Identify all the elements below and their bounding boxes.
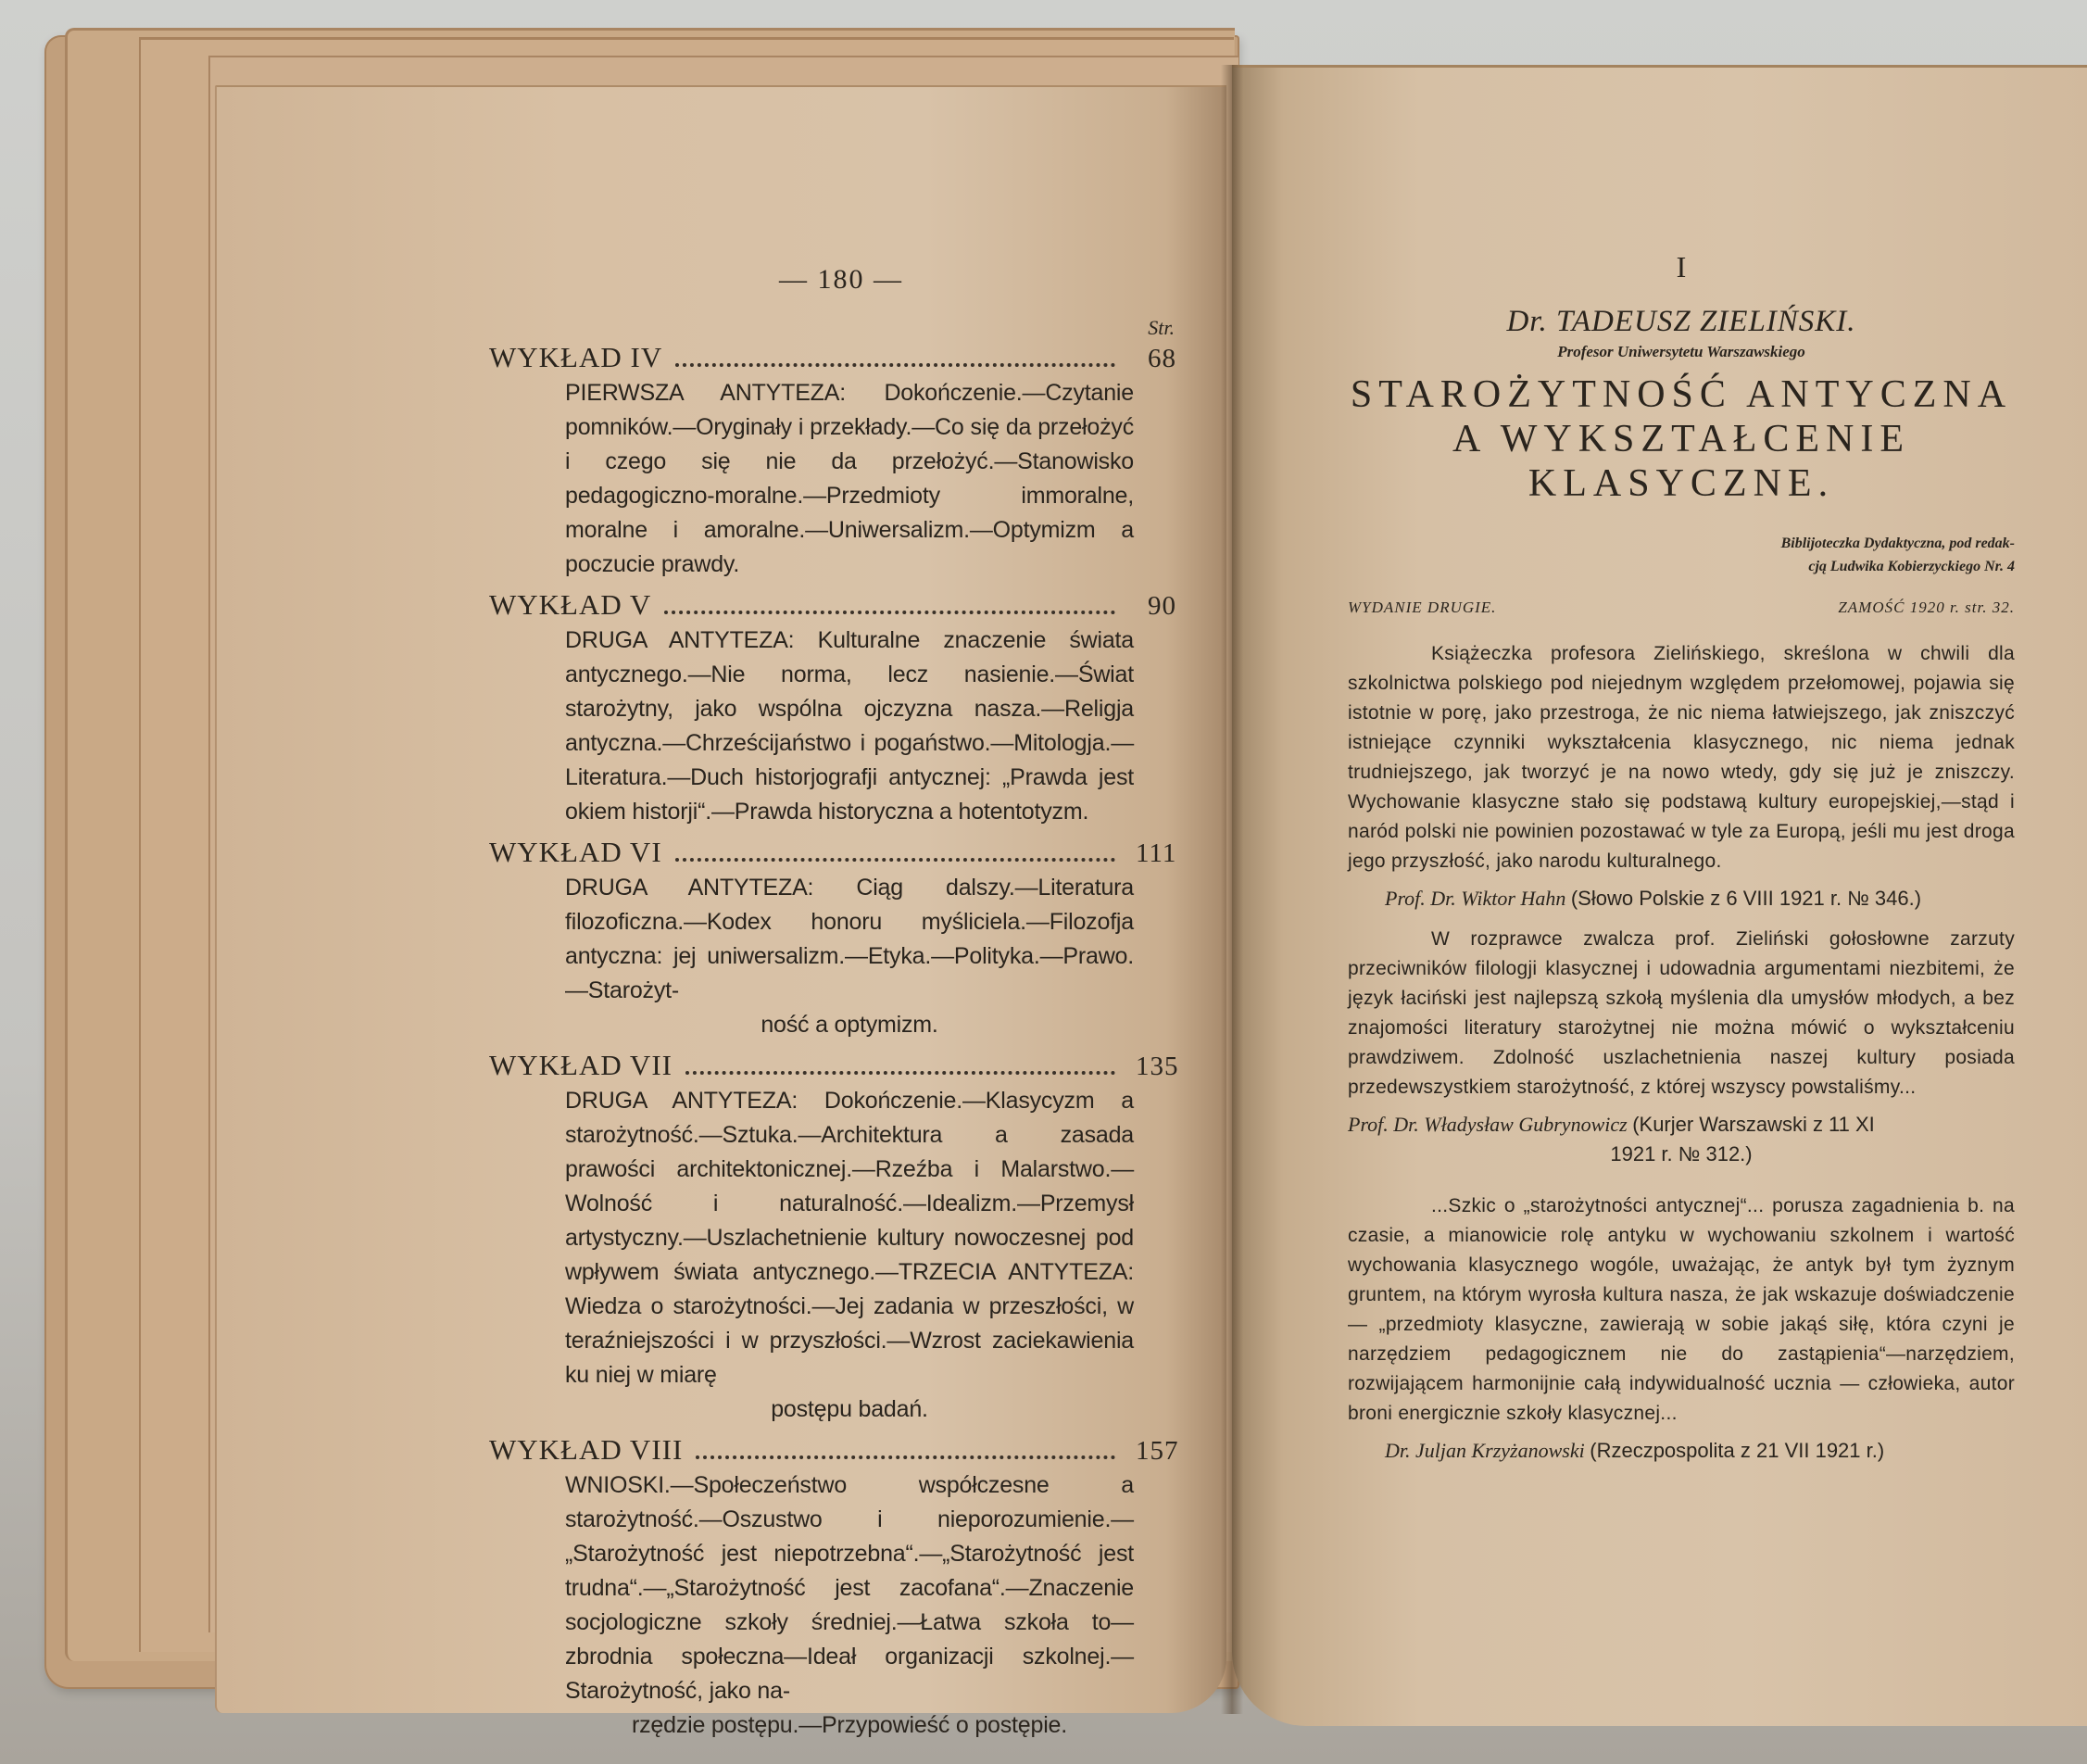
review-source-date: 1921 r. № 312.) [1348,1140,2015,1169]
toc-heading: WYKŁAD VII [489,1048,673,1083]
toc-heading: WYKŁAD V [489,587,651,623]
toc-entry: WYKŁAD IV68 PIERWSZA ANTYTEZA: Dokończen… [489,340,1165,582]
toc-page: 68 [1136,341,1176,376]
section-number: I [1348,250,2015,284]
table-of-contents: — 180 — Str. WYKŁAD IV68 PIERWSZA ANTYTE… [489,264,1165,1748]
toc-page: 90 [1136,588,1176,624]
toc-description: DRUGA ANTYTEZA: Ciąg dalszy.—Literatura … [565,875,1134,1003]
reviewer-name: Prof. Dr. Wiktor Hahn [1385,887,1565,910]
toc-description: WNIOSKI.—Społeczeństwo współczesne a sta… [565,1472,1134,1704]
toc-heading: WYKŁAD VIII [489,1432,683,1468]
reviews-page: I Dr. TADEUSZ ZIELIŃSKI. Profesor Uniwer… [1348,250,2015,1466]
toc-heading: WYKŁAD VI [489,835,662,870]
book-title-line-1: STAROŻYTNOŚĆ ANTYCZNA [1348,372,2015,417]
edition-row: WYDANIE DRUGIE. ZAMOŚĆ 1920 r. str. 32. [1348,598,2015,617]
book-author: Dr. TADEUSZ ZIELIŃSKI. [1348,305,2015,339]
toc-description: DRUGA ANTYTEZA: Dokończenie.—Klasycyzm a… [565,1088,1134,1388]
edition-label: WYDANIE DRUGIE. [1348,598,1496,617]
leader-dots [685,1070,1115,1075]
review-citation: Prof. Dr. Władysław Gubrynowicz (Kurjer … [1348,1110,2015,1169]
review-text: W rozprawce zwalcza prof. Zieliński goło… [1348,925,2015,1102]
toc-entry: WYKŁAD VII135 DRUGA ANTYTEZA: Dokończeni… [489,1048,1165,1427]
series-line-1: Biblijoteczka Dydaktyczna, pod redak- [1348,532,2015,555]
review-citation: Dr. Juljan Krzyżanowski (Rzeczpospolita … [1385,1436,2015,1466]
series-line-2: cją Ludwika Kobierzyckiego Nr. 4 [1348,555,2015,578]
review-block: W rozprawce zwalcza prof. Zieliński goło… [1348,925,2015,1169]
toc-description-last-line: ność a optymizm. [565,1008,1134,1042]
page-number: — 180 — [517,264,1165,296]
review-text: ...Szkic o „starożytności antycznej“... … [1348,1191,2015,1429]
leader-dots [675,857,1115,862]
leader-dots [675,362,1115,367]
book-title-line-2: A WYKSZTAŁCENIE KLASYCZNE. [1348,417,2015,506]
review-source: (Kurjer Warszawski z 11 XI [1632,1113,1875,1136]
review-block: Książeczka profesora Zielińskiego, skreś… [1348,639,2015,913]
reviewer-name: Dr. Juljan Krzyżanowski [1385,1439,1585,1462]
toc-description: PIERWSZA ANTYTEZA: Dokończenie.—Czytanie… [565,380,1134,577]
author-affiliation: Profesor Uniwersytetu Warszawskiego [1348,343,2015,361]
toc-page: 157 [1136,1433,1176,1468]
book-gutter [1221,65,1243,1714]
leader-dots [664,610,1115,614]
toc-description: DRUGA ANTYTEZA: Kulturalne znaczenie świ… [565,627,1134,825]
review-citation: Prof. Dr. Wiktor Hahn (Słowo Polskie z 6… [1385,884,2015,913]
review-source: (Słowo Polskie z 6 VIII 1921 r. № 346.) [1571,887,1921,910]
series-info: Biblijoteczka Dydaktyczna, pod redak- cj… [1348,532,2015,578]
toc-description-last-line: postępu badań. [565,1392,1134,1427]
toc-entry: WYKŁAD VIII157 WNIOSKI.—Społeczeństwo ws… [489,1432,1165,1743]
reviewer-name: Prof. Dr. Władysław Gubrynowicz [1348,1113,1628,1136]
page-column-label: Str. [489,316,1175,340]
leader-dots [696,1455,1115,1459]
toc-description-last-line: rzędzie postępu.—Przypowieść o postępie. [565,1708,1134,1743]
review-block: ...Szkic o „starożytności antycznej“... … [1348,1191,2015,1466]
imprint-label: ZAMOŚĆ 1920 r. str. 32. [1838,598,2015,617]
toc-entry: WYKŁAD V90 DRUGA ANTYTEZA: Kulturalne zn… [489,587,1165,829]
toc-entry: WYKŁAD VI111 DRUGA ANTYTEZA: Ciąg dalszy… [489,835,1165,1042]
toc-page: 135 [1136,1049,1176,1084]
toc-heading: WYKŁAD IV [489,340,662,375]
review-text: Książeczka profesora Zielińskiego, skreś… [1348,639,2015,876]
toc-page: 111 [1136,836,1176,871]
review-source: (Rzeczpospolita z 21 VII 1921 r.) [1590,1439,1884,1462]
